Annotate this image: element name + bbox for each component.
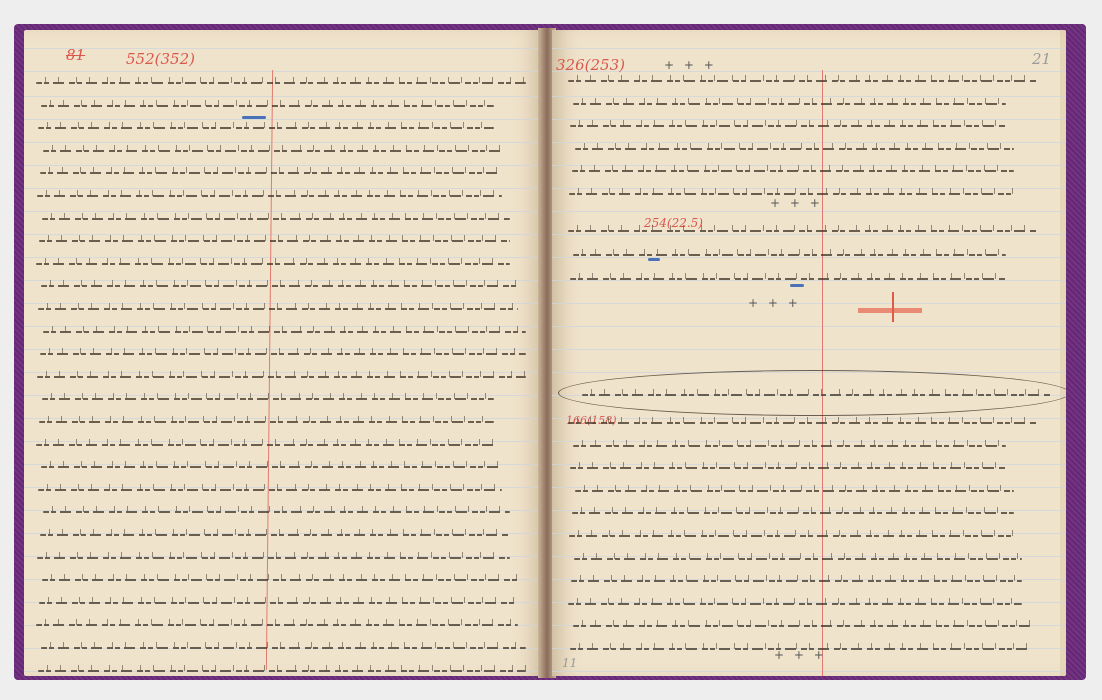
handwritten-line (37, 557, 510, 559)
handwritten-line (575, 490, 1014, 492)
handwritten-line (37, 195, 502, 197)
handwritten-line (43, 150, 502, 152)
blue-pencil-mark (242, 116, 266, 119)
page-number: 21 (1032, 50, 1051, 68)
handwritten-line (42, 579, 518, 581)
handwritten-line (574, 558, 1022, 560)
handwritten-line (571, 580, 1022, 582)
footer-number: 11 (562, 656, 577, 670)
handwritten-line (568, 603, 1022, 605)
handwritten-line (37, 376, 526, 378)
handwritten-line (569, 193, 1014, 195)
handwritten-line (570, 278, 1006, 280)
handwritten-line (570, 467, 1006, 469)
handwritten-line (41, 466, 502, 468)
handwritten-line (43, 331, 526, 333)
section-mark: + + + (770, 196, 823, 210)
handwritten-line (570, 648, 1030, 650)
right-page: 326(253) + + + 21 + + + 254(22.5) + + + … (552, 30, 1066, 676)
handwritten-line (573, 103, 1006, 105)
handwritten-line (582, 394, 1052, 396)
struck-page-number: 81 (66, 46, 85, 64)
left-page: 81 552(352) (24, 30, 542, 676)
handwritten-line (39, 240, 510, 242)
section-mark: + + + (774, 648, 827, 662)
handwritten-line (568, 230, 1038, 232)
handwritten-line (38, 670, 526, 672)
handwritten-line (38, 127, 494, 129)
blue-pencil-mark (790, 284, 804, 287)
handwritten-line (40, 353, 526, 355)
archive-number-top: 326(253) (556, 56, 625, 74)
section-mark: + + + (748, 296, 801, 310)
section-mark: + + + (664, 58, 717, 72)
handwritten-line (38, 308, 518, 310)
handwritten-line (41, 105, 494, 107)
archive-number: 552(352) (126, 50, 195, 68)
handwritten-line (36, 444, 494, 446)
handwritten-line (39, 602, 518, 604)
handwritten-line (40, 534, 510, 536)
handwritten-line (568, 80, 1038, 82)
handwritten-line (39, 421, 494, 423)
handwritten-line (38, 489, 502, 491)
blue-pencil-mark (648, 258, 660, 261)
handwritten-line (42, 218, 510, 220)
handwritten-line (573, 254, 1006, 256)
handwritten-line (573, 445, 1006, 447)
handwritten-line (568, 422, 1038, 424)
handwritten-line (36, 82, 526, 84)
handwritten-line (36, 263, 510, 265)
handwritten-line (575, 148, 1014, 150)
handwritten-line (570, 125, 1006, 127)
handwritten-line (569, 535, 1014, 537)
handwritten-line (41, 647, 526, 649)
